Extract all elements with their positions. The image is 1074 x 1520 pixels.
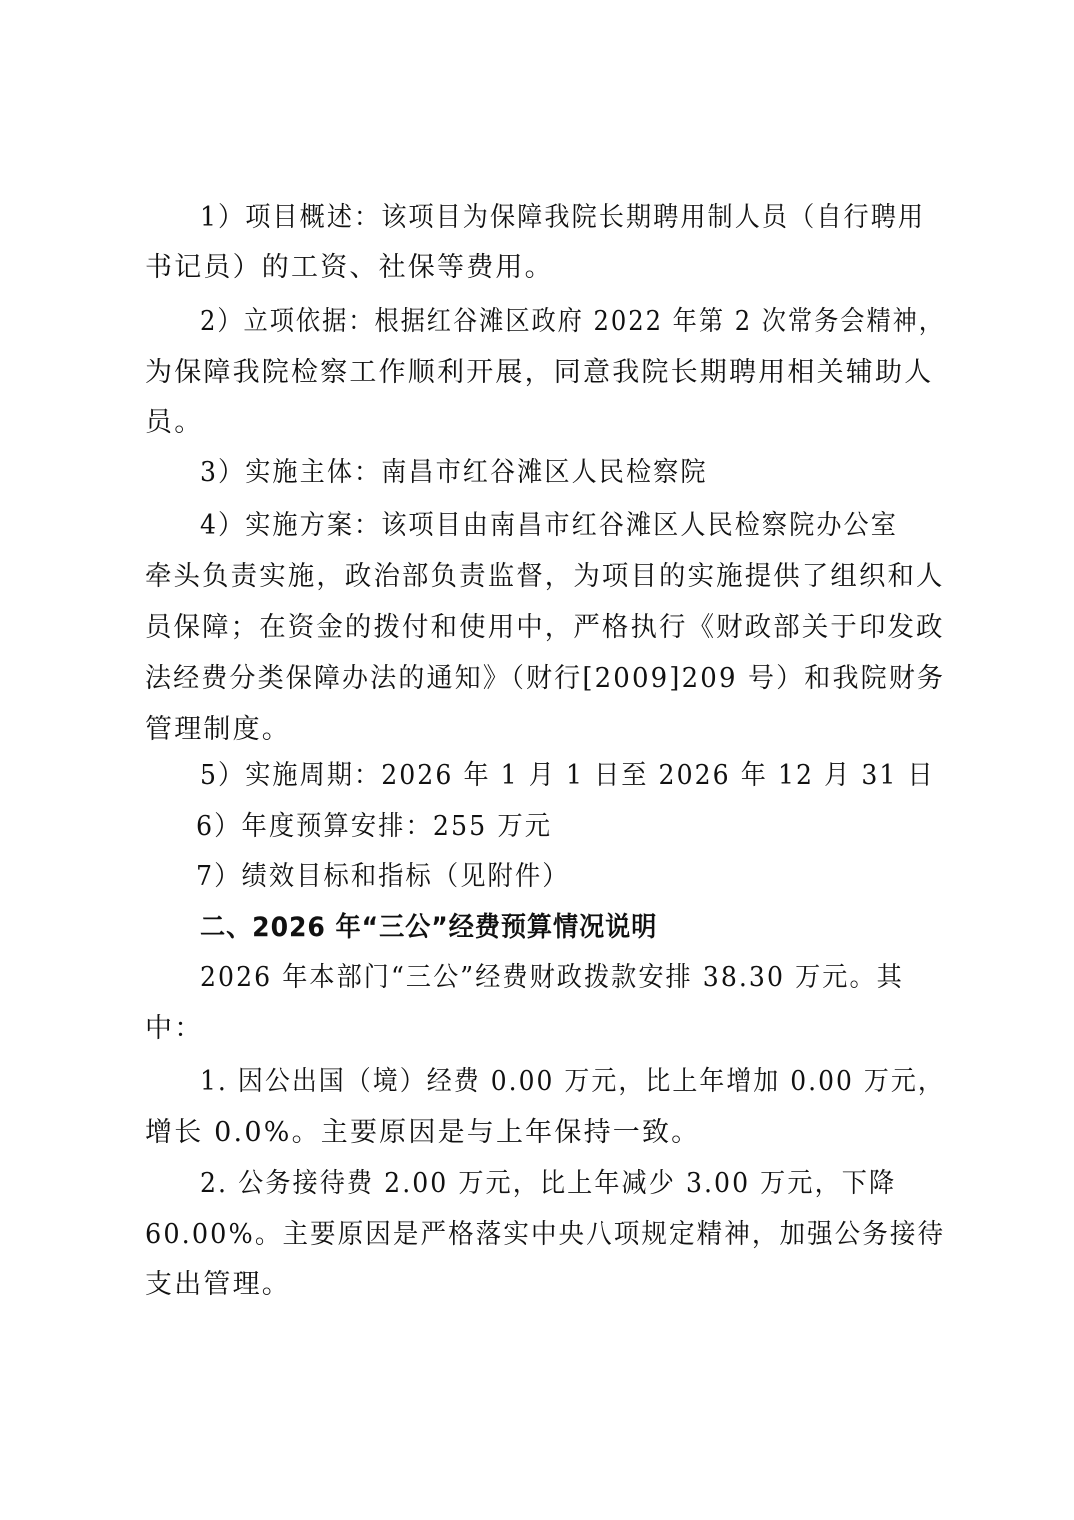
- section-heading: 二、2026 年“三公”经费预算情况说明: [200, 910, 945, 946]
- item-5-line-1: 5）实施周期：2026 年 1 月 1 日至 2026 年 12 月 31 日: [200, 758, 945, 794]
- point-2-line-1: 2. 公务接待费 2.00 万元，比上年减少 3.00 万元，下降: [200, 1166, 945, 1202]
- point-1-line-2: 增长 0.0%。主要原因是与上年保持一致。: [145, 1115, 945, 1151]
- item-3-line-1: 3）实施主体：南昌市红谷滩区人民检察院: [200, 455, 945, 491]
- point-1-line-1: 1. 因公出国（境）经费 0.00 万元，比上年增加 0.00 万元，: [200, 1064, 939, 1100]
- item-4-line-5: 管理制度。: [145, 712, 945, 748]
- point-2-line-2: 60.00%。主要原因是严格落实中央八项规定精神，加强公务接待: [145, 1217, 901, 1253]
- item-2-line-3: 员。: [145, 405, 945, 441]
- intro-line-1: 2026 年本部门“三公”经费财政拨款安排 38.30 万元。其: [200, 960, 945, 996]
- item-4-line-2: 牵头负责实施，政治部负责监督，为项目的实施提供了组织和人: [145, 559, 927, 595]
- item-4-line-4: 法经费分类保障办法的通知》（财行[2009]209 号）和我院财务: [145, 661, 916, 697]
- item-2-line-1: 2）立项依据：根据红谷滩区政府 2022 年第 2 次常务会精神，: [200, 304, 917, 340]
- item-2-line-2: 为保障我院检察工作顺利开展，同意我院长期聘用相关辅助人: [145, 355, 945, 391]
- document-page: 1）项目概述：该项目为保障我院长期聘用制人员（自行聘用 书记员）的工资、社保等费…: [0, 0, 1074, 1520]
- intro-line-2: 中：: [145, 1011, 945, 1047]
- item-4-line-3: 员保障；在资金的拨付和使用中，严格执行《财政部关于印发政: [145, 610, 927, 646]
- item-7-line-1: 7）绩效目标和指标（见附件）: [196, 859, 945, 895]
- point-2-line-3: 支出管理。: [145, 1267, 945, 1303]
- item-1-line-2: 书记员）的工资、社保等费用。: [145, 250, 945, 286]
- item-6-line-1: 6）年度预算安排：255 万元: [196, 809, 945, 845]
- item-4-line-1: 4）实施方案：该项目由南昌市红谷滩区人民检察院办公室: [200, 508, 945, 544]
- item-1-line-1: 1）项目概述：该项目为保障我院长期聘用制人员（自行聘用: [200, 200, 945, 236]
